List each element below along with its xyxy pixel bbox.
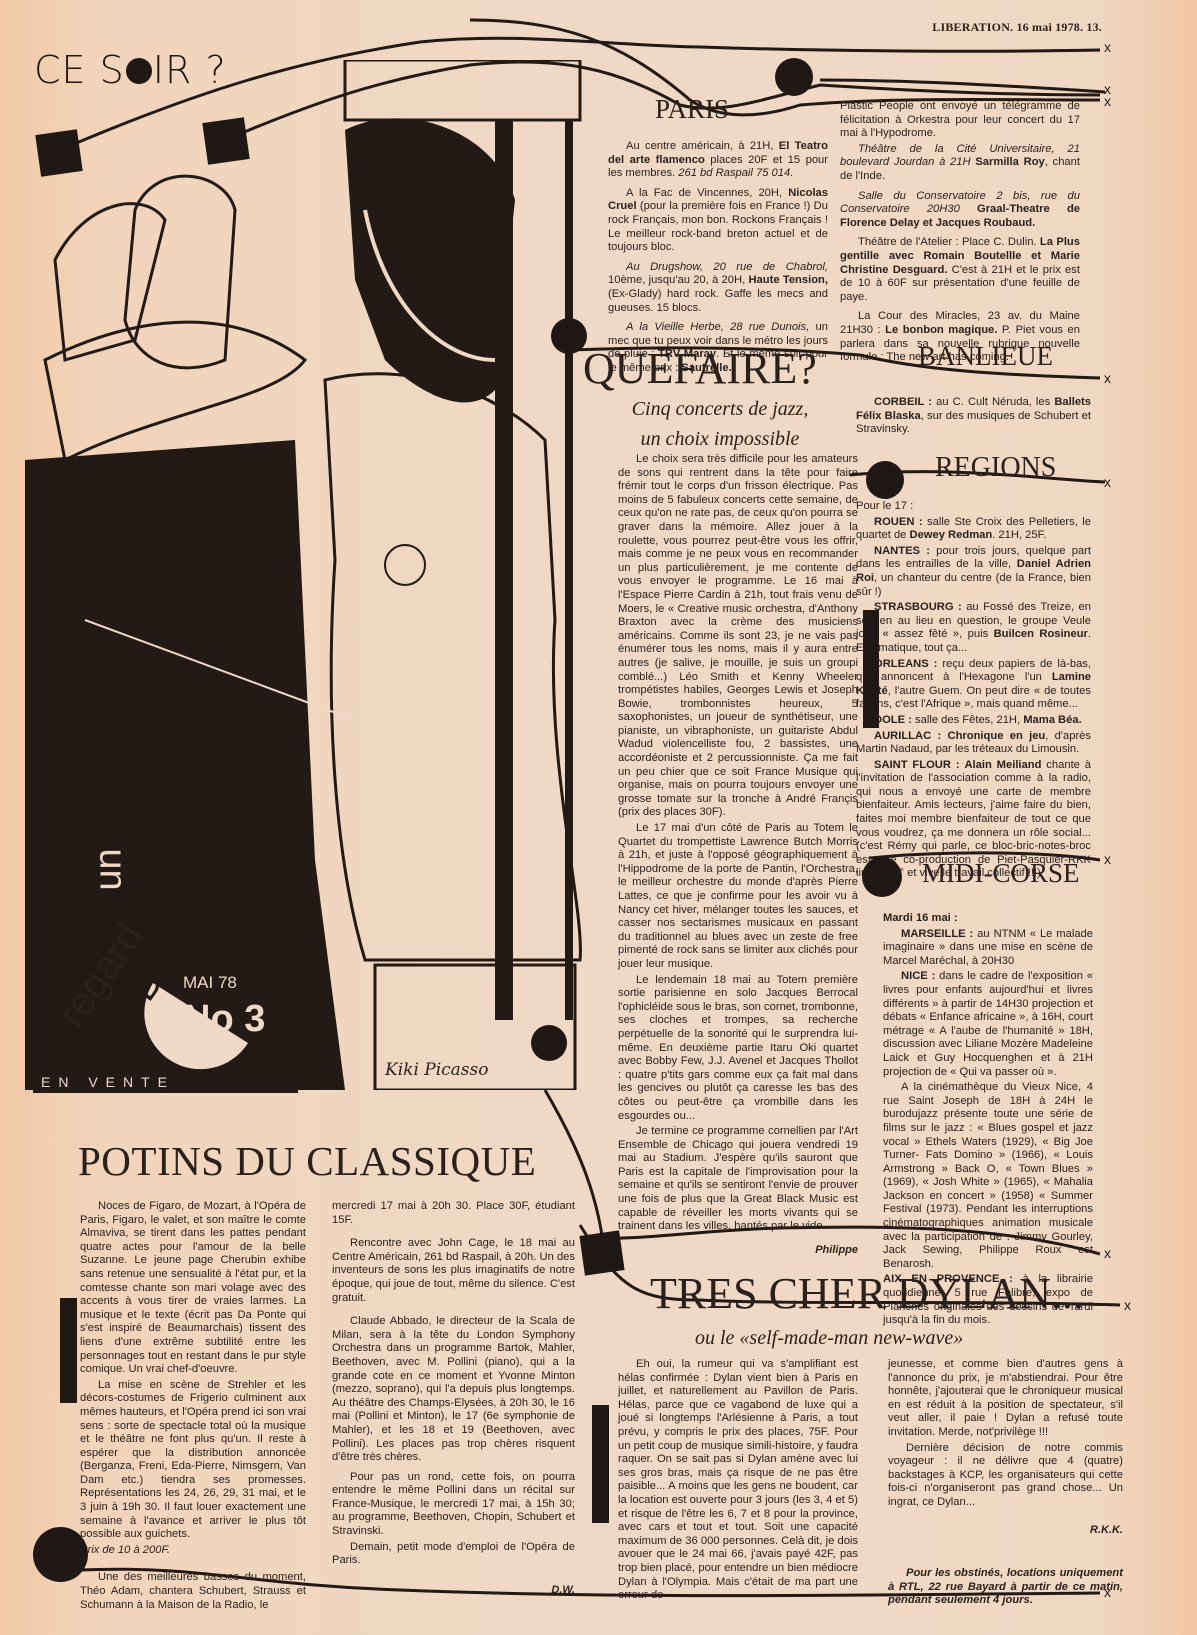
dylan-col-2: jeunesse, et comme bien d'autres gens à …: [888, 1358, 1123, 1614]
advert-month: MAI 78: [183, 973, 237, 993]
svg-text:x: x: [1104, 93, 1111, 109]
circle-bullet-icon: [775, 58, 813, 96]
circle-bullet-icon: [862, 857, 902, 897]
paris-col-2: Plastic People ont envoyé un télégramme …: [840, 100, 1080, 371]
quefaire-body: Le choix sera très difficile pour les am…: [618, 453, 858, 1257]
dylan-col-1: Eh oui, la rumeur qui va s'amplifiant es…: [618, 1358, 858, 1609]
illustration-credit: Kiki Picasso: [385, 1060, 489, 1080]
midicorse-heading: MIDI-CORSE: [922, 860, 1080, 887]
banlieue-heading: BANLIEUE: [918, 343, 1053, 370]
advert-price: PARTOUT—8frs: [274, 867, 291, 1025]
circle-bullet-icon: [33, 1527, 88, 1582]
svg-text:x: x: [1104, 39, 1111, 55]
potins-heading: POTINS DU CLASSIQUE: [78, 1141, 536, 1182]
quefaire-signature: Philippe: [618, 1244, 858, 1258]
paris-heading: PARIS: [655, 96, 729, 123]
quefaire-subtitle-1: Cinq concerts de jazz,: [585, 398, 855, 421]
quefaire-heading: QUEFAIRE?: [583, 347, 817, 391]
circle-bullet-icon: [551, 318, 587, 354]
regions-heading: REGIONS: [935, 454, 1056, 482]
advert-regard-moderne: un regard MODERNE MAI 78 No 3 PARTOUT—8f…: [33, 833, 298, 1093]
dylan-heading: TRES CHER DYLAN...: [650, 1272, 1084, 1316]
advert-issue: No 3: [183, 998, 265, 1041]
masthead: LIBERATION. 16 mai 1978. 13.: [932, 20, 1102, 35]
dylan-subtitle: ou le «self-made-man new-wave»: [695, 1327, 963, 1350]
potins-col-2: mercredi 17 mai à 20h 30. Place 30F, étu…: [332, 1200, 575, 1597]
circle-bullet-icon: [866, 461, 904, 499]
banlieue-body: CORBEIL : au C. Cult Néruda, les Ballets…: [856, 396, 1091, 443]
svg-text:x: x: [1104, 474, 1111, 490]
dylan-signature: R.K.K.: [888, 1524, 1123, 1538]
advert-un: un: [88, 848, 131, 890]
square-bullet-icon: [579, 1230, 624, 1275]
column-bar: [863, 610, 879, 728]
advert-footer: EN VENTE: [41, 1074, 175, 1090]
quefaire-subtitle-2: un choix impossible: [585, 428, 855, 451]
svg-text:x: x: [1104, 1245, 1111, 1261]
column-bar: [60, 1298, 77, 1403]
midicorse-body: Mardi 16 mai : MARSEILLE : au NTNM « Le …: [883, 912, 1093, 1330]
svg-text:x: x: [1104, 851, 1111, 867]
potins-col-1: Noces de Figaro, de Mozart, à l'Opéra de…: [80, 1200, 306, 1618]
regions-body: Pour le 17 : ROUEN : salle Ste Croix des…: [856, 500, 1091, 883]
svg-text:x: x: [1104, 370, 1111, 386]
potins-signature: D.W.: [332, 1584, 575, 1598]
circle-bullet-icon: [531, 1025, 567, 1061]
svg-text:x: x: [1124, 1297, 1131, 1313]
column-bar: [592, 1405, 609, 1523]
